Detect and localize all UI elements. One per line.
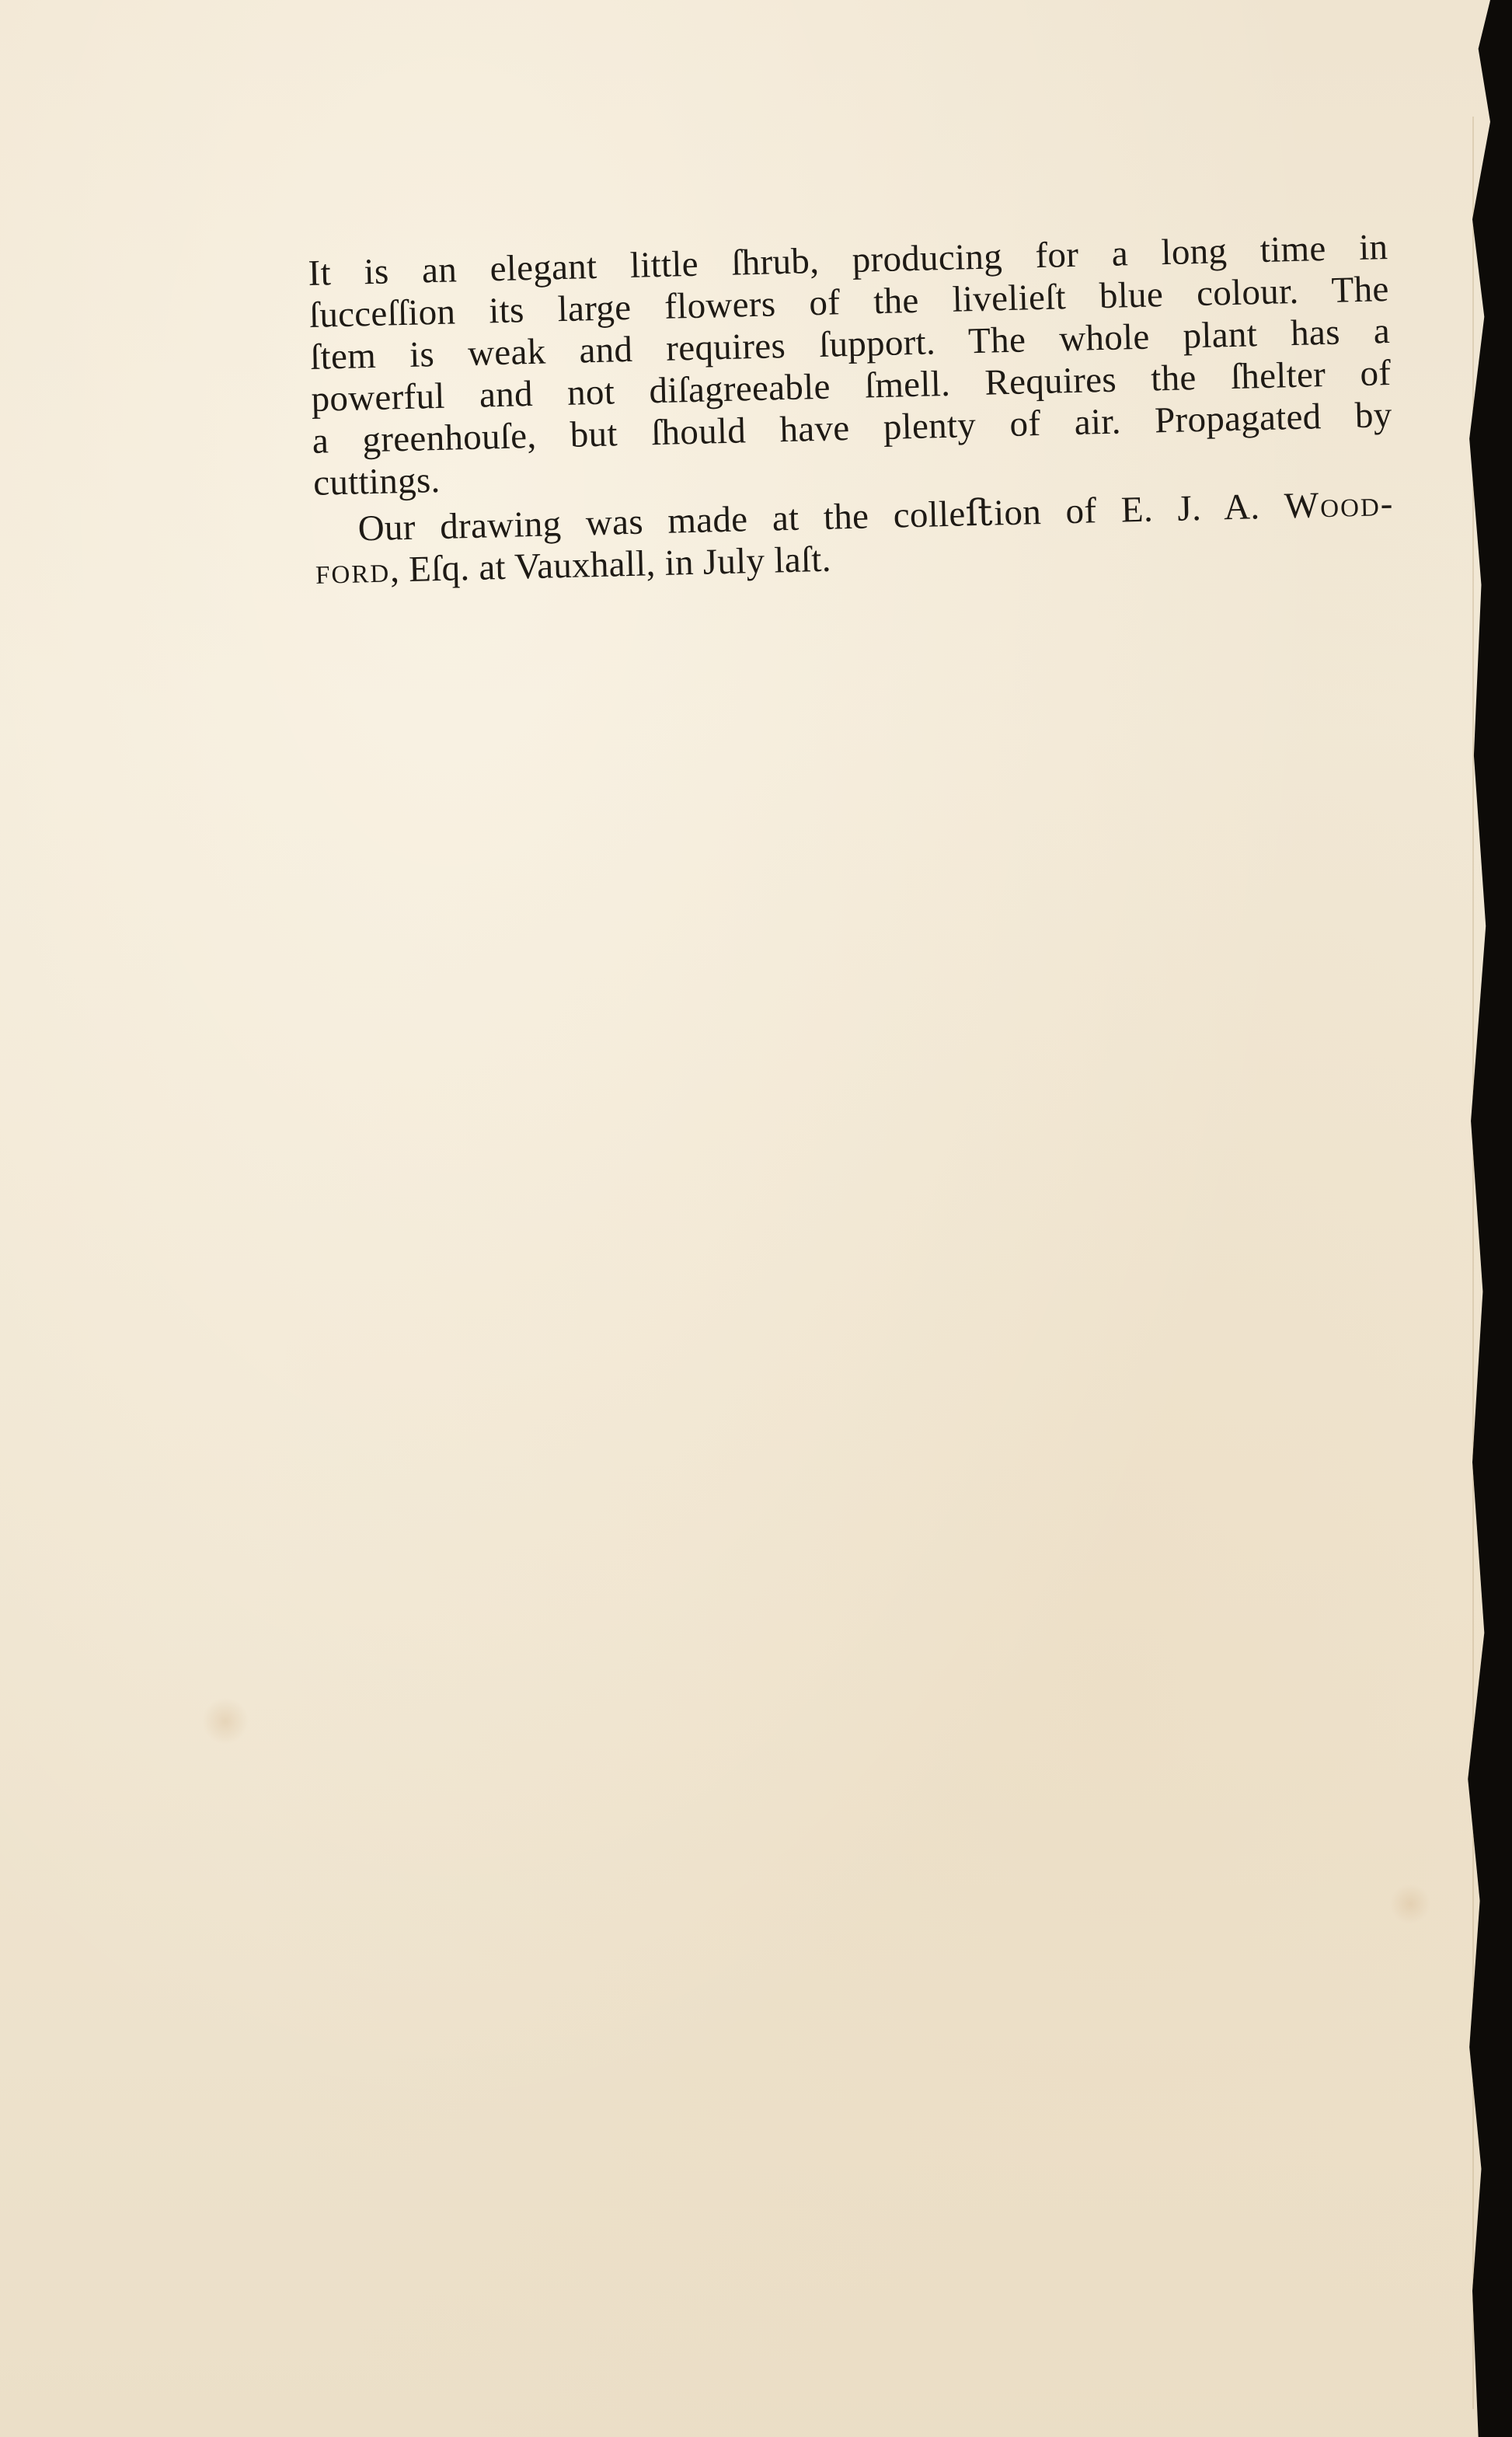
page-fold-crease [1472,117,1474,2409]
name-smallcaps: Wood- [1284,483,1395,526]
name-smallcaps: ford [315,550,390,592]
aged-paper-page: It is an elegant little ſhrub, producing… [0,0,1490,2437]
paragraph-description: It is an elegant little ſhrub, producing… [308,226,1394,504]
body-text: It is an elegant little ſhrub, producing… [308,226,1395,593]
text-segment: , Eſq. at Vauxhall, in July laſt. [389,539,831,591]
